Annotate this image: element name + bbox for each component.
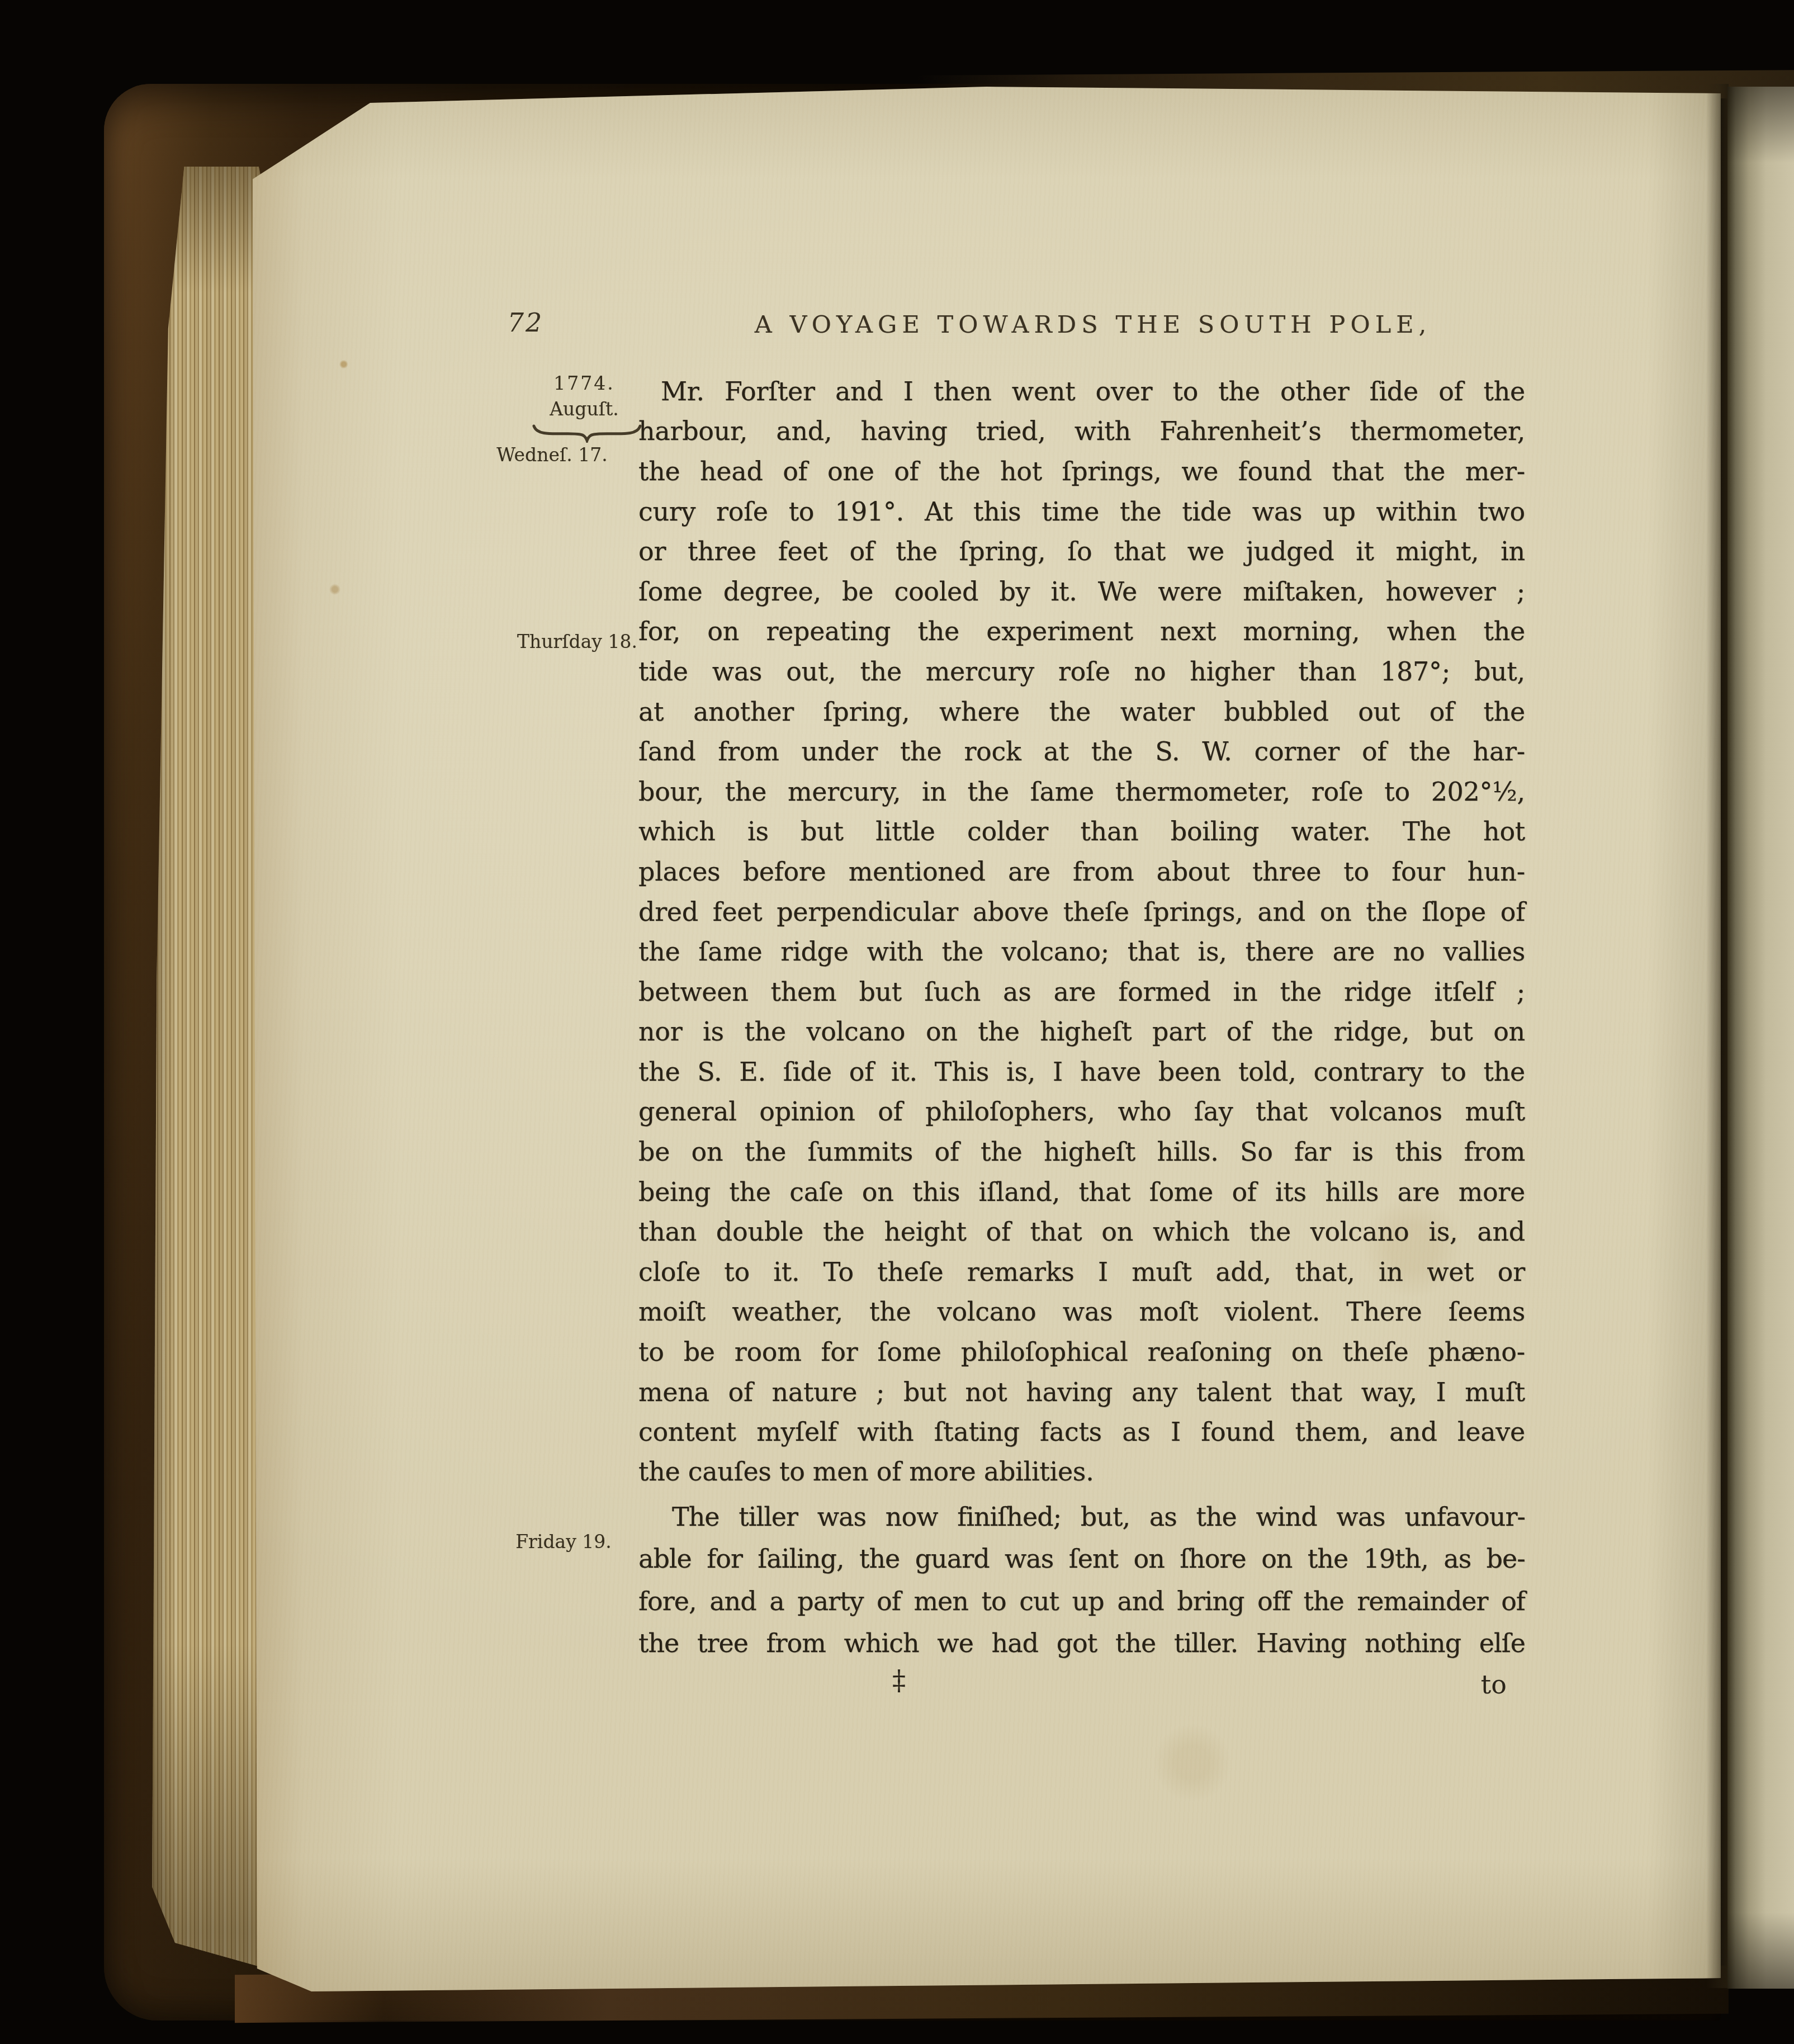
body-text-line: ableforſailing,theguardwasſentonſhoreont… <box>638 1538 1525 1581</box>
body-text-line: theS.E.ſideofit.Thisis,Ihavebeentold,con… <box>638 1052 1525 1092</box>
paragraph-1: Mr.ForſterandIthenwentovertotheotherſide… <box>638 371 1525 1492</box>
body-text-line: moiſtweather,thevolcanowasmoſtviolent.Th… <box>638 1292 1525 1332</box>
margin-note-thursday: Thurſday 18. <box>492 631 662 652</box>
body-text-line: thetreefromwhichwehadgotthetiller.Having… <box>638 1622 1525 1665</box>
body-text-line: the cauſes to men of more abilities. <box>638 1452 1525 1492</box>
body-text-line: bour,themercury,intheſamethermometer,roſ… <box>638 772 1525 812</box>
body-text-line: theſameridgewiththevolcano;thatis,therea… <box>638 931 1525 972</box>
body-text-line: Mr.ForſterandIthenwentovertotheotherſide… <box>638 371 1525 411</box>
body-text-line: beontheſummitsofthehigheſthills.Sofarist… <box>638 1132 1525 1172</box>
body-text-line: for,onrepeatingtheexperimentnextmorning,… <box>638 612 1525 652</box>
body-text-line: beingthecaſeonthisiſland,thatſomeofitshi… <box>638 1172 1525 1212</box>
body-text-line: noristhevolcanoonthehigheſtpartoftheridg… <box>638 1012 1525 1052</box>
margin-note-wednesday: Wedneſ. 17. <box>472 444 632 466</box>
margin-note-year: 1774. <box>520 372 649 394</box>
body-text-line: generalopinionofphiloſophers,whoſaythatv… <box>638 1092 1525 1132</box>
body-text-line: Thetillerwasnowfiniſhed;but,asthewindwas… <box>638 1496 1525 1538</box>
body-text-line: curyroſeto191°.Atthistimethetidewasupwit… <box>638 491 1525 532</box>
body-text-line: tidewasout,themercuryroſenohigherthan187… <box>638 651 1525 692</box>
body-text-line: ſomedegree,becooledbyit.Weweremiſtaken,h… <box>638 571 1525 612</box>
book-photo: 72 A VOYAGE TOWARDS THE SOUTH POLE, 1774… <box>0 0 1794 2044</box>
margin-note-month: Auguſt. <box>520 398 649 420</box>
body-text-line: betweenthembutſuchasareformedintheridgei… <box>638 972 1525 1012</box>
body-text-line: thandoubletheheightofthatonwhichthevolca… <box>638 1212 1525 1252</box>
printed-text-layer: 72 A VOYAGE TOWARDS THE SOUTH POLE, 1774… <box>0 0 1794 2044</box>
body-text-line: dredfeetperpendicularabovetheſeſprings,a… <box>638 892 1525 932</box>
body-text-line: whichisbutlittlecolderthanboilingwater.T… <box>638 812 1525 852</box>
running-header: A VOYAGE TOWARDS THE SOUTH POLE, <box>693 311 1493 339</box>
body-text-line: toberoomforſomephiloſophicalreaſoningont… <box>638 1332 1525 1372</box>
body-text-line: cloſetoit.TotheſeremarksImuſtadd,that,in… <box>638 1252 1525 1292</box>
body-text-line: fore,andapartyofmentocutupandbringoffthe… <box>638 1580 1525 1622</box>
page-number: 72 <box>492 307 559 338</box>
body-text-line: menaofnature;butnothavinganytalentthatwa… <box>638 1372 1525 1412</box>
body-text-line: harbour,and,havingtried,withFahrenheit’s… <box>638 411 1525 452</box>
body-text-line: theheadofoneofthehotſprings,wefoundthatt… <box>638 451 1525 491</box>
body-text-line: contentmyſelfwithſtatingfactsasIfoundthe… <box>638 1412 1525 1452</box>
body-text-line: atanotherſpring,wherethewaterbubbledouto… <box>638 692 1525 732</box>
body-text-line: ſandfromundertherockattheS.W.cornerofthe… <box>638 731 1525 772</box>
margin-note-friday: Friday 19. <box>480 1531 647 1553</box>
signature-mark: ‡ <box>892 1665 906 1696</box>
catchword: to <box>1364 1669 1507 1700</box>
paragraph-2: Thetillerwasnowfiniſhed;but,asthewindwas… <box>638 1496 1525 1664</box>
body-text-line: orthreefeetoftheſpring,ſothatwejudgeditm… <box>638 531 1525 571</box>
body-text-line: placesbeforementionedarefromaboutthreeto… <box>638 851 1525 892</box>
date-range-brace <box>531 423 643 443</box>
